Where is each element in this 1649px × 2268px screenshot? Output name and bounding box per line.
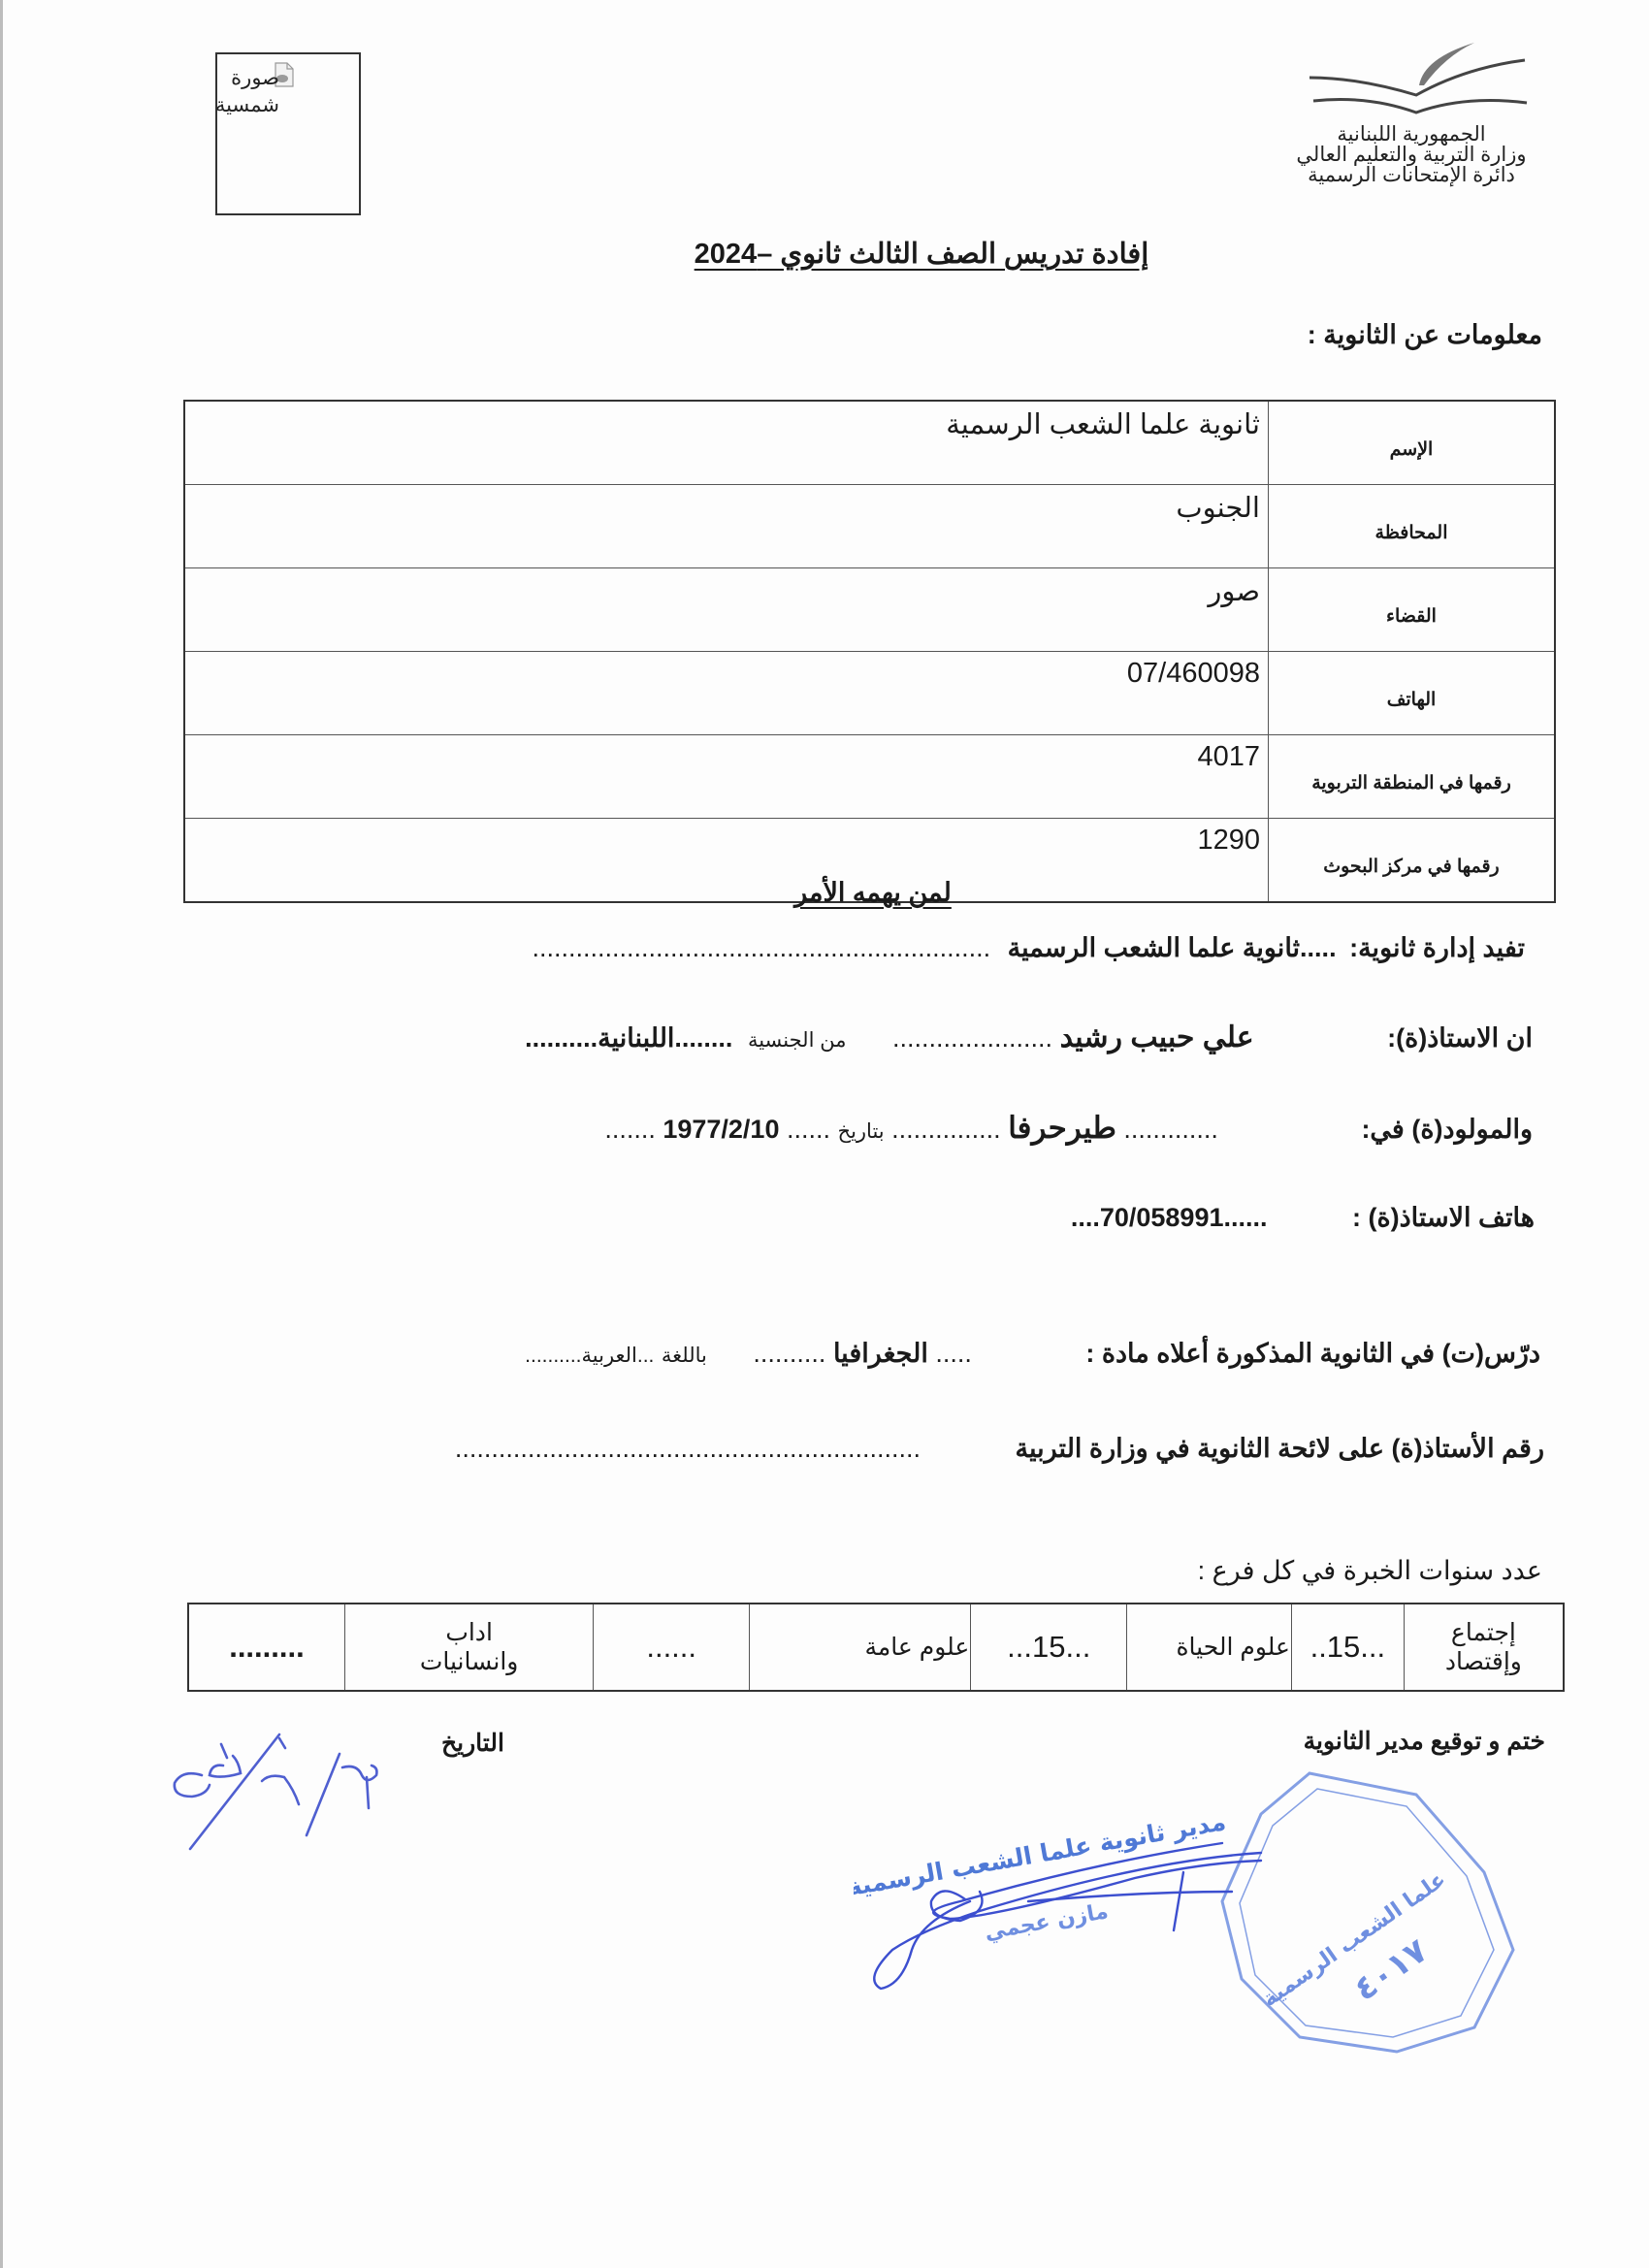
principal-name-stamp-text: مازن عجمي <box>983 1899 1110 1945</box>
phone-label: الهاتف <box>1269 652 1556 735</box>
table-row: إجتماع وإقتصاد ..15... علوم الحياة ...15… <box>188 1604 1564 1691</box>
years-life-sciences: ...15... <box>971 1604 1127 1691</box>
subject-label: درّس(ت) في الثانوية المذكورة أعلاه مادة … <box>1085 1339 1540 1368</box>
branch-label-line1: إجتماع <box>1406 1618 1562 1647</box>
branch-label-line2: وإقتصاد <box>1406 1647 1562 1676</box>
birth-place-suffix-dots: ............... <box>891 1115 1001 1144</box>
ministry-line-2: وزارة التربية والتعليم العالي <box>1280 145 1542 165</box>
school-line-label: تفيد إدارة ثانوية: <box>1349 933 1525 962</box>
ministry-line-3: دائرة الإمتحانات الرسمية <box>1280 165 1542 185</box>
subject-line: درّس(ت) في الثانوية المذكورة أعلاه مادة … <box>525 1339 1540 1369</box>
nationality-label: من الجنسية <box>748 1029 847 1052</box>
table-row: 4017 رقمها في المنطقة التربوية <box>184 735 1555 819</box>
ministry-registry-line: رقم الأستاذ(ة) على لائحة الثانوية في وزا… <box>455 1434 1544 1464</box>
years-general-sciences: ...... <box>594 1604 750 1691</box>
school-name-value: ثانوية علما الشعب الرسمية <box>184 401 1269 485</box>
teacher-line: ان الاستاذ(ة): علي حبيب رشيد ...........… <box>525 1021 1533 1054</box>
table-row: صور القضاء <box>184 568 1555 652</box>
subject-value: الجغرافيا <box>833 1339 928 1368</box>
experience-heading: عدد سنوات الخبرة في كل فرع : <box>1198 1556 1542 1586</box>
photo-placeholder-box: صورة شمسية <box>215 52 361 215</box>
teacher-phone-line: هاتف الاستاذ(ة) : ....70/058991...... <box>1071 1203 1535 1233</box>
teacher-phone-value: ....70/058991...... <box>1071 1203 1268 1232</box>
birth-date-label: بتاريخ <box>838 1120 885 1143</box>
table-row: 07/460098 الهاتف <box>184 652 1555 735</box>
teacher-phone-label: هاتف الاستاذ(ة) : <box>1352 1203 1535 1232</box>
birth-date-suffix-dots: ....... <box>604 1115 656 1144</box>
principal-stamp-signature-label: ختم و توقيع مدير الثانوية <box>1304 1727 1545 1756</box>
branch-social-economics: إجتماع وإقتصاد <box>1404 1604 1564 1691</box>
research-center-number-label: رقمها في مركز البحوث <box>1269 819 1556 903</box>
branch-general-sciences: علوم عامة <box>750 1604 971 1691</box>
language-value: ...العربية.......... <box>525 1345 654 1367</box>
district-label: القضاء <box>1269 568 1556 652</box>
school-line-dots: ........................................… <box>533 933 991 962</box>
ministry-header: الجمهورية اللبنانية وزارة التربية والتعل… <box>1280 124 1542 185</box>
school-info-heading: معلومات عن الثانوية : <box>1308 320 1542 350</box>
birth-date-prefix-dots: ...... <box>787 1115 830 1144</box>
years-social-economics: ..15... <box>1291 1604 1404 1691</box>
school-line: تفيد إدارة ثانوية: .....ثانوية علما الشع… <box>533 933 1525 963</box>
teacher-label: ان الاستاذ(ة): <box>1387 1023 1533 1053</box>
subject-suffix-dots: .......... <box>753 1339 825 1368</box>
birth-line: والمولود(ة) في: ............. طيرحرفا ..… <box>604 1111 1533 1146</box>
teacher-name: علي حبيب رشيد <box>1060 1021 1254 1053</box>
open-book-quill-logo-icon <box>1300 37 1533 114</box>
branch-label-line1: اداب <box>346 1618 592 1647</box>
birth-place: طيرحرفا <box>1008 1111 1116 1145</box>
ministry-registry-dots: ........................................… <box>455 1434 921 1463</box>
ministry-registry-label: رقم الأستاذ(ة) على لائحة الثانوية في وزا… <box>1016 1434 1544 1463</box>
document-title: إفادة تدريس الصف الثالث ثانوي –2024 <box>679 237 1164 271</box>
education-zone-number-value: 4017 <box>184 735 1269 819</box>
school-info-table: ثانوية علما الشعب الرسمية الإسم الجنوب ا… <box>183 400 1556 903</box>
photo-label: صورة شمسية <box>221 64 279 118</box>
birth-date: 1977/2/10 <box>663 1115 779 1144</box>
education-zone-number-label: رقمها في المنطقة التربوية <box>1269 735 1556 819</box>
years-literature-humanities: ......... <box>188 1604 344 1691</box>
branch-literature-humanities: اداب وانسانيات <box>344 1604 593 1691</box>
school-line-value: .....ثانوية علما الشعب الرسمية <box>1008 933 1337 962</box>
table-row: الجنوب المحافظة <box>184 485 1555 568</box>
scan-edge <box>0 0 3 2268</box>
district-value: صور <box>184 568 1269 652</box>
phone-value: 07/460098 <box>184 652 1269 735</box>
language-label: باللغة <box>662 1345 707 1367</box>
handwritten-date <box>163 1727 444 1853</box>
branch-label-line2: وانسانيات <box>346 1647 592 1676</box>
photo-label-line1: صورة <box>221 64 279 91</box>
principal-title-stamp-text: مدير ثانوية علما الشعب الرسمية <box>854 1807 1228 1902</box>
branch-life-sciences: علوم الحياة <box>1127 1604 1292 1691</box>
official-stamp-signature: ٤٠١٧ علما الشعب الرسمية مدير ثانوية علما… <box>854 1756 1533 2057</box>
photo-label-line2: شمسية <box>221 91 279 118</box>
governorate-label: المحافظة <box>1269 485 1556 568</box>
subject-prefix-dots: ..... <box>935 1339 972 1368</box>
table-row: ثانوية علما الشعب الرسمية الإسم <box>184 401 1555 485</box>
nationality-value: ........اللبنانية.......... <box>525 1023 732 1053</box>
experience-table: إجتماع وإقتصاد ..15... علوم الحياة ...15… <box>187 1603 1565 1692</box>
ministry-line-1: الجمهورية اللبنانية <box>1280 124 1542 145</box>
school-name-label: الإسم <box>1269 401 1556 485</box>
birth-place-prefix-dots: ............. <box>1123 1115 1218 1144</box>
governorate-value: الجنوب <box>184 485 1269 568</box>
to-whom-it-may-concern-heading: لمن يهمه الأمر <box>776 878 970 908</box>
stamp-seal-text: علما الشعب الرسمية <box>1258 1867 1450 2012</box>
research-center-number-value: 1290 <box>184 819 1269 903</box>
date-label: التاريخ <box>441 1729 504 1758</box>
teacher-name-dots: ...................... <box>892 1023 1052 1053</box>
birth-label: والمولود(ة) في: <box>1361 1115 1533 1144</box>
